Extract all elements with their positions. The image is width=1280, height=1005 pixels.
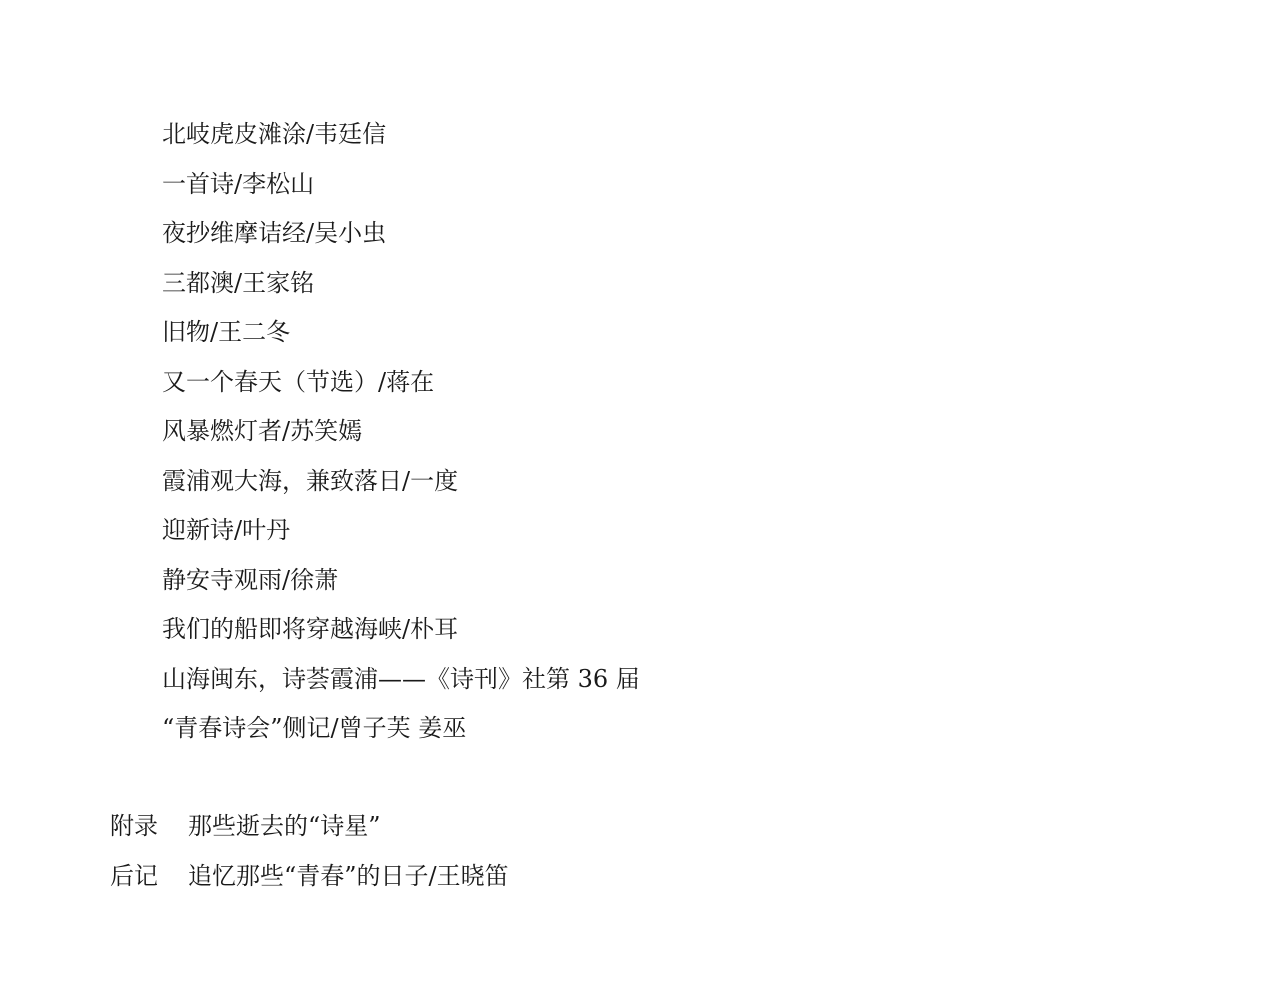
toc-entry: 霞浦观大海，兼致落日/一度 <box>162 461 640 511</box>
section-title: 追忆那些“青春”的日子/王晓笛 <box>188 856 509 906</box>
toc-entry: 旧物/王二冬 <box>162 312 640 362</box>
section-title: 那些逝去的“诗星” <box>188 806 381 856</box>
toc-entry: 三都澳/王家铭 <box>162 263 640 313</box>
toc-entry: 我们的船即将穿越海峡/朴耳 <box>162 609 640 659</box>
toc-entry: 山海闽东，诗荟霞浦——《诗刊》社第 36 届 <box>162 659 640 709</box>
toc-entry: 风暴燃灯者/苏笑嫣 <box>162 411 640 461</box>
toc-entry: 北岐虎皮滩涂/韦廷信 <box>162 114 640 164</box>
section-label: 后记 <box>110 856 188 906</box>
toc-entry: 一首诗/李松山 <box>162 164 640 214</box>
appendix-entry: 附录 那些逝去的“诗星” <box>110 806 509 856</box>
toc-entry: “青春诗会”侧记/曾子芙 姜巫 <box>162 708 640 758</box>
toc-entry: 又一个春天（节选）/蒋在 <box>162 362 640 412</box>
back-matter: 附录 那些逝去的“诗星” 后记 追忆那些“青春”的日子/王晓笛 <box>110 806 509 905</box>
afterword-entry: 后记 追忆那些“青春”的日子/王晓笛 <box>110 856 509 906</box>
toc-entry: 夜抄维摩诘经/吴小虫 <box>162 213 640 263</box>
table-of-contents: 北岐虎皮滩涂/韦廷信 一首诗/李松山 夜抄维摩诘经/吴小虫 三都澳/王家铭 旧物… <box>162 114 640 758</box>
toc-entry: 迎新诗/叶丹 <box>162 510 640 560</box>
toc-entry: 静安寺观雨/徐萧 <box>162 560 640 610</box>
section-label: 附录 <box>110 806 188 856</box>
